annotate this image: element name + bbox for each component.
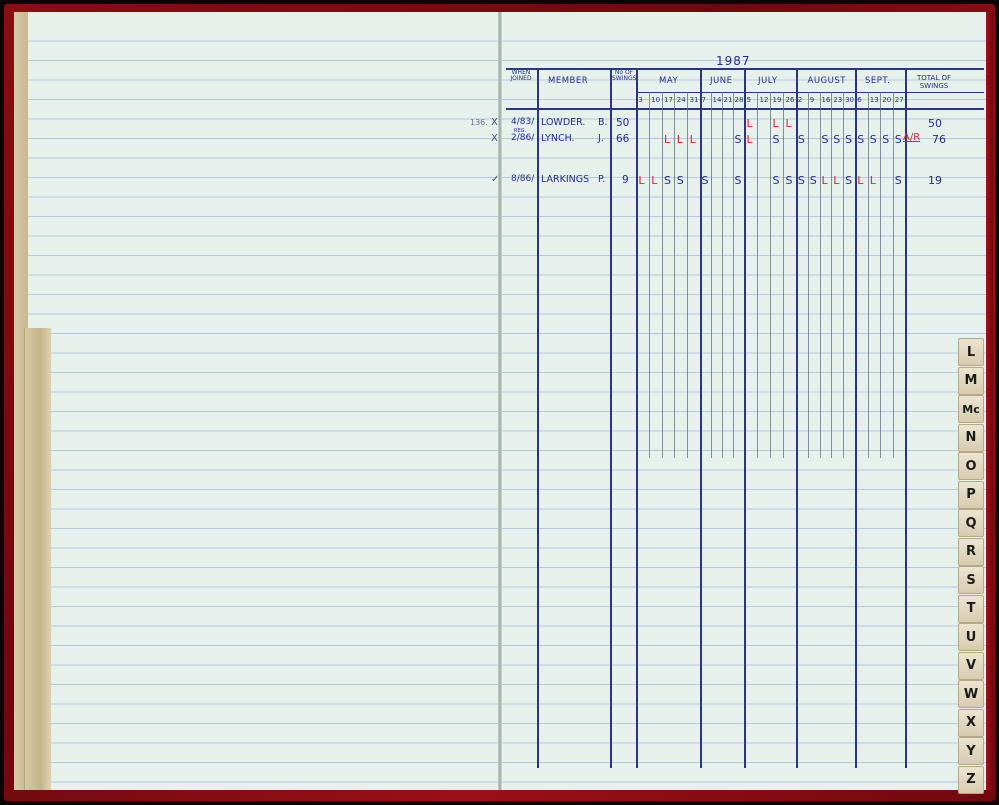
month-label: SEPT. <box>865 77 890 86</box>
attendance-swing: S <box>798 134 805 145</box>
month-label: JULY <box>758 77 778 86</box>
attendance-late: L <box>870 175 876 186</box>
attendance-swing: S <box>735 175 742 186</box>
index-tab-o[interactable]: O <box>958 452 984 480</box>
day-label: 16 <box>822 97 831 104</box>
joined-date: 4/83/ <box>511 118 534 127</box>
day-divider <box>662 92 663 458</box>
column-divider <box>855 68 857 768</box>
day-divider <box>757 92 758 458</box>
day-label: 28 <box>735 97 744 104</box>
day-label: 7 <box>702 97 706 104</box>
member-name: LARKINGS <box>541 175 589 185</box>
attendance-swing: S <box>833 134 840 145</box>
attendance-swing: S <box>895 134 902 145</box>
left-page <box>14 12 500 790</box>
member-initial: P. <box>598 175 605 185</box>
attendance-late: L <box>747 118 753 129</box>
swings-count: 9 <box>622 175 629 186</box>
index-tab-w[interactable]: W <box>958 680 984 708</box>
column-divider <box>700 68 702 768</box>
joined-date: 2/86/ <box>511 134 534 143</box>
index-tab-u[interactable]: U <box>958 623 984 651</box>
annotation-ar: A/R <box>903 133 920 143</box>
month-label: AUGUST <box>808 77 846 86</box>
header-total-swings: TOTAL OF SWINGS <box>908 74 960 90</box>
book-gutter <box>498 12 502 790</box>
attendance-swing: S <box>677 175 684 186</box>
month-label: JUNE <box>710 77 732 86</box>
day-label: 9 <box>810 97 814 104</box>
attendance-late: L <box>651 175 657 186</box>
day-label: 13 <box>870 97 879 104</box>
day-divider <box>820 92 821 458</box>
member-initial: J. <box>598 134 604 144</box>
attendance-swing: S <box>735 134 742 145</box>
attendance-late: L <box>664 134 670 145</box>
day-label: 20 <box>882 97 891 104</box>
index-tab-x[interactable]: X <box>958 709 984 737</box>
index-tab-n[interactable]: N <box>958 424 984 452</box>
attendance-swing: S <box>845 175 852 186</box>
day-label: 23 <box>833 97 842 104</box>
margin-note: 136. <box>470 119 488 127</box>
day-label: 12 <box>760 97 769 104</box>
day-divider <box>808 92 809 458</box>
total-swings: 19 <box>928 175 942 186</box>
day-label: 19 <box>773 97 782 104</box>
attendance-swing: S <box>773 134 780 145</box>
day-label: 2 <box>798 97 802 104</box>
index-tab-z[interactable]: Z <box>958 766 984 794</box>
ledger-year: 1987 <box>716 55 751 67</box>
attendance-late: L <box>638 175 644 186</box>
day-divider <box>770 92 771 458</box>
day-divider <box>880 92 881 458</box>
day-divider <box>674 92 675 458</box>
index-tab-m[interactable]: M <box>958 367 984 395</box>
header-when-joined: WHEN JOINED <box>506 70 536 82</box>
index-tab-r[interactable]: R <box>958 538 984 566</box>
index-tab-p[interactable]: P <box>958 481 984 509</box>
day-label: 6 <box>857 97 861 104</box>
attendance-late: L <box>786 118 792 129</box>
column-divider <box>537 68 539 768</box>
day-label: 31 <box>690 97 699 104</box>
day-label: 27 <box>895 97 904 104</box>
day-divider <box>868 92 869 458</box>
day-divider <box>687 92 688 458</box>
day-divider <box>649 92 650 458</box>
day-divider <box>711 92 712 458</box>
index-tab-v[interactable]: V <box>958 652 984 680</box>
day-label: 17 <box>664 97 673 104</box>
attendance-swing: S <box>773 175 780 186</box>
member-name: LOWDER. <box>541 118 585 128</box>
column-divider <box>610 68 612 768</box>
index-tab-y[interactable]: Y <box>958 737 984 765</box>
attendance-swing: S <box>895 175 902 186</box>
day-label: 26 <box>786 97 795 104</box>
day-divider <box>843 92 844 458</box>
day-divider <box>831 92 832 458</box>
day-label: 24 <box>677 97 686 104</box>
attendance-swing: S <box>822 134 829 145</box>
swings-count: 66 <box>616 134 629 145</box>
day-divider <box>722 92 723 458</box>
day-label: 5 <box>747 97 751 104</box>
attendance-late: L <box>822 175 828 186</box>
header-mid-line <box>636 92 984 93</box>
cover-edge-right <box>986 12 993 790</box>
attendance-late: L <box>773 118 779 129</box>
index-tab-t[interactable]: T <box>958 595 984 623</box>
total-swings: 76 <box>932 134 946 145</box>
index-tab-s[interactable]: S <box>958 566 984 594</box>
column-divider <box>636 68 638 768</box>
attendance-swing: S <box>786 175 793 186</box>
day-divider <box>783 92 784 458</box>
header-no-of-swings: No OF SWINGS <box>612 70 636 82</box>
day-divider <box>733 92 734 458</box>
index-tab-q[interactable]: Q <box>958 509 984 537</box>
attendance-late: L <box>833 175 839 186</box>
attendance-late: L <box>747 134 753 145</box>
attendance-swing: S <box>882 134 889 145</box>
attendance-swing: S <box>845 134 852 145</box>
attendance-swing: S <box>857 134 864 145</box>
member-name: LYNCH. <box>541 134 575 144</box>
attendance-late: L <box>857 175 863 186</box>
status-mark: ✓ <box>491 175 499 185</box>
attendance-swing: S <box>870 134 877 145</box>
right-page <box>500 12 986 790</box>
status-mark: X <box>491 118 498 128</box>
attendance-swing: S <box>810 175 817 186</box>
status-mark: X <box>491 134 498 144</box>
month-label: MAY <box>659 77 678 86</box>
day-label: 3 <box>638 97 642 104</box>
attendance-swing: S <box>702 175 709 186</box>
member-initial: B. <box>598 118 608 128</box>
day-label: 21 <box>724 97 733 104</box>
header-member: MEMBER <box>548 77 588 86</box>
joined-date: 8/86/ <box>511 175 534 184</box>
day-divider <box>893 92 894 458</box>
attendance-swing: S <box>798 175 805 186</box>
day-label: 10 <box>651 97 660 104</box>
total-swings: 50 <box>928 118 942 129</box>
day-label: 14 <box>713 97 722 104</box>
attendance-late: L <box>677 134 683 145</box>
attendance-late: L <box>690 134 696 145</box>
column-divider <box>744 68 746 768</box>
day-label: 30 <box>845 97 854 104</box>
attendance-swing: S <box>664 175 671 186</box>
index-tab-mc[interactable]: Mc <box>958 395 984 423</box>
swings-count: 50 <box>616 118 629 129</box>
column-divider <box>796 68 798 768</box>
cover-flap <box>24 328 51 790</box>
index-tab-l[interactable]: L <box>958 338 984 366</box>
column-divider <box>905 68 907 768</box>
